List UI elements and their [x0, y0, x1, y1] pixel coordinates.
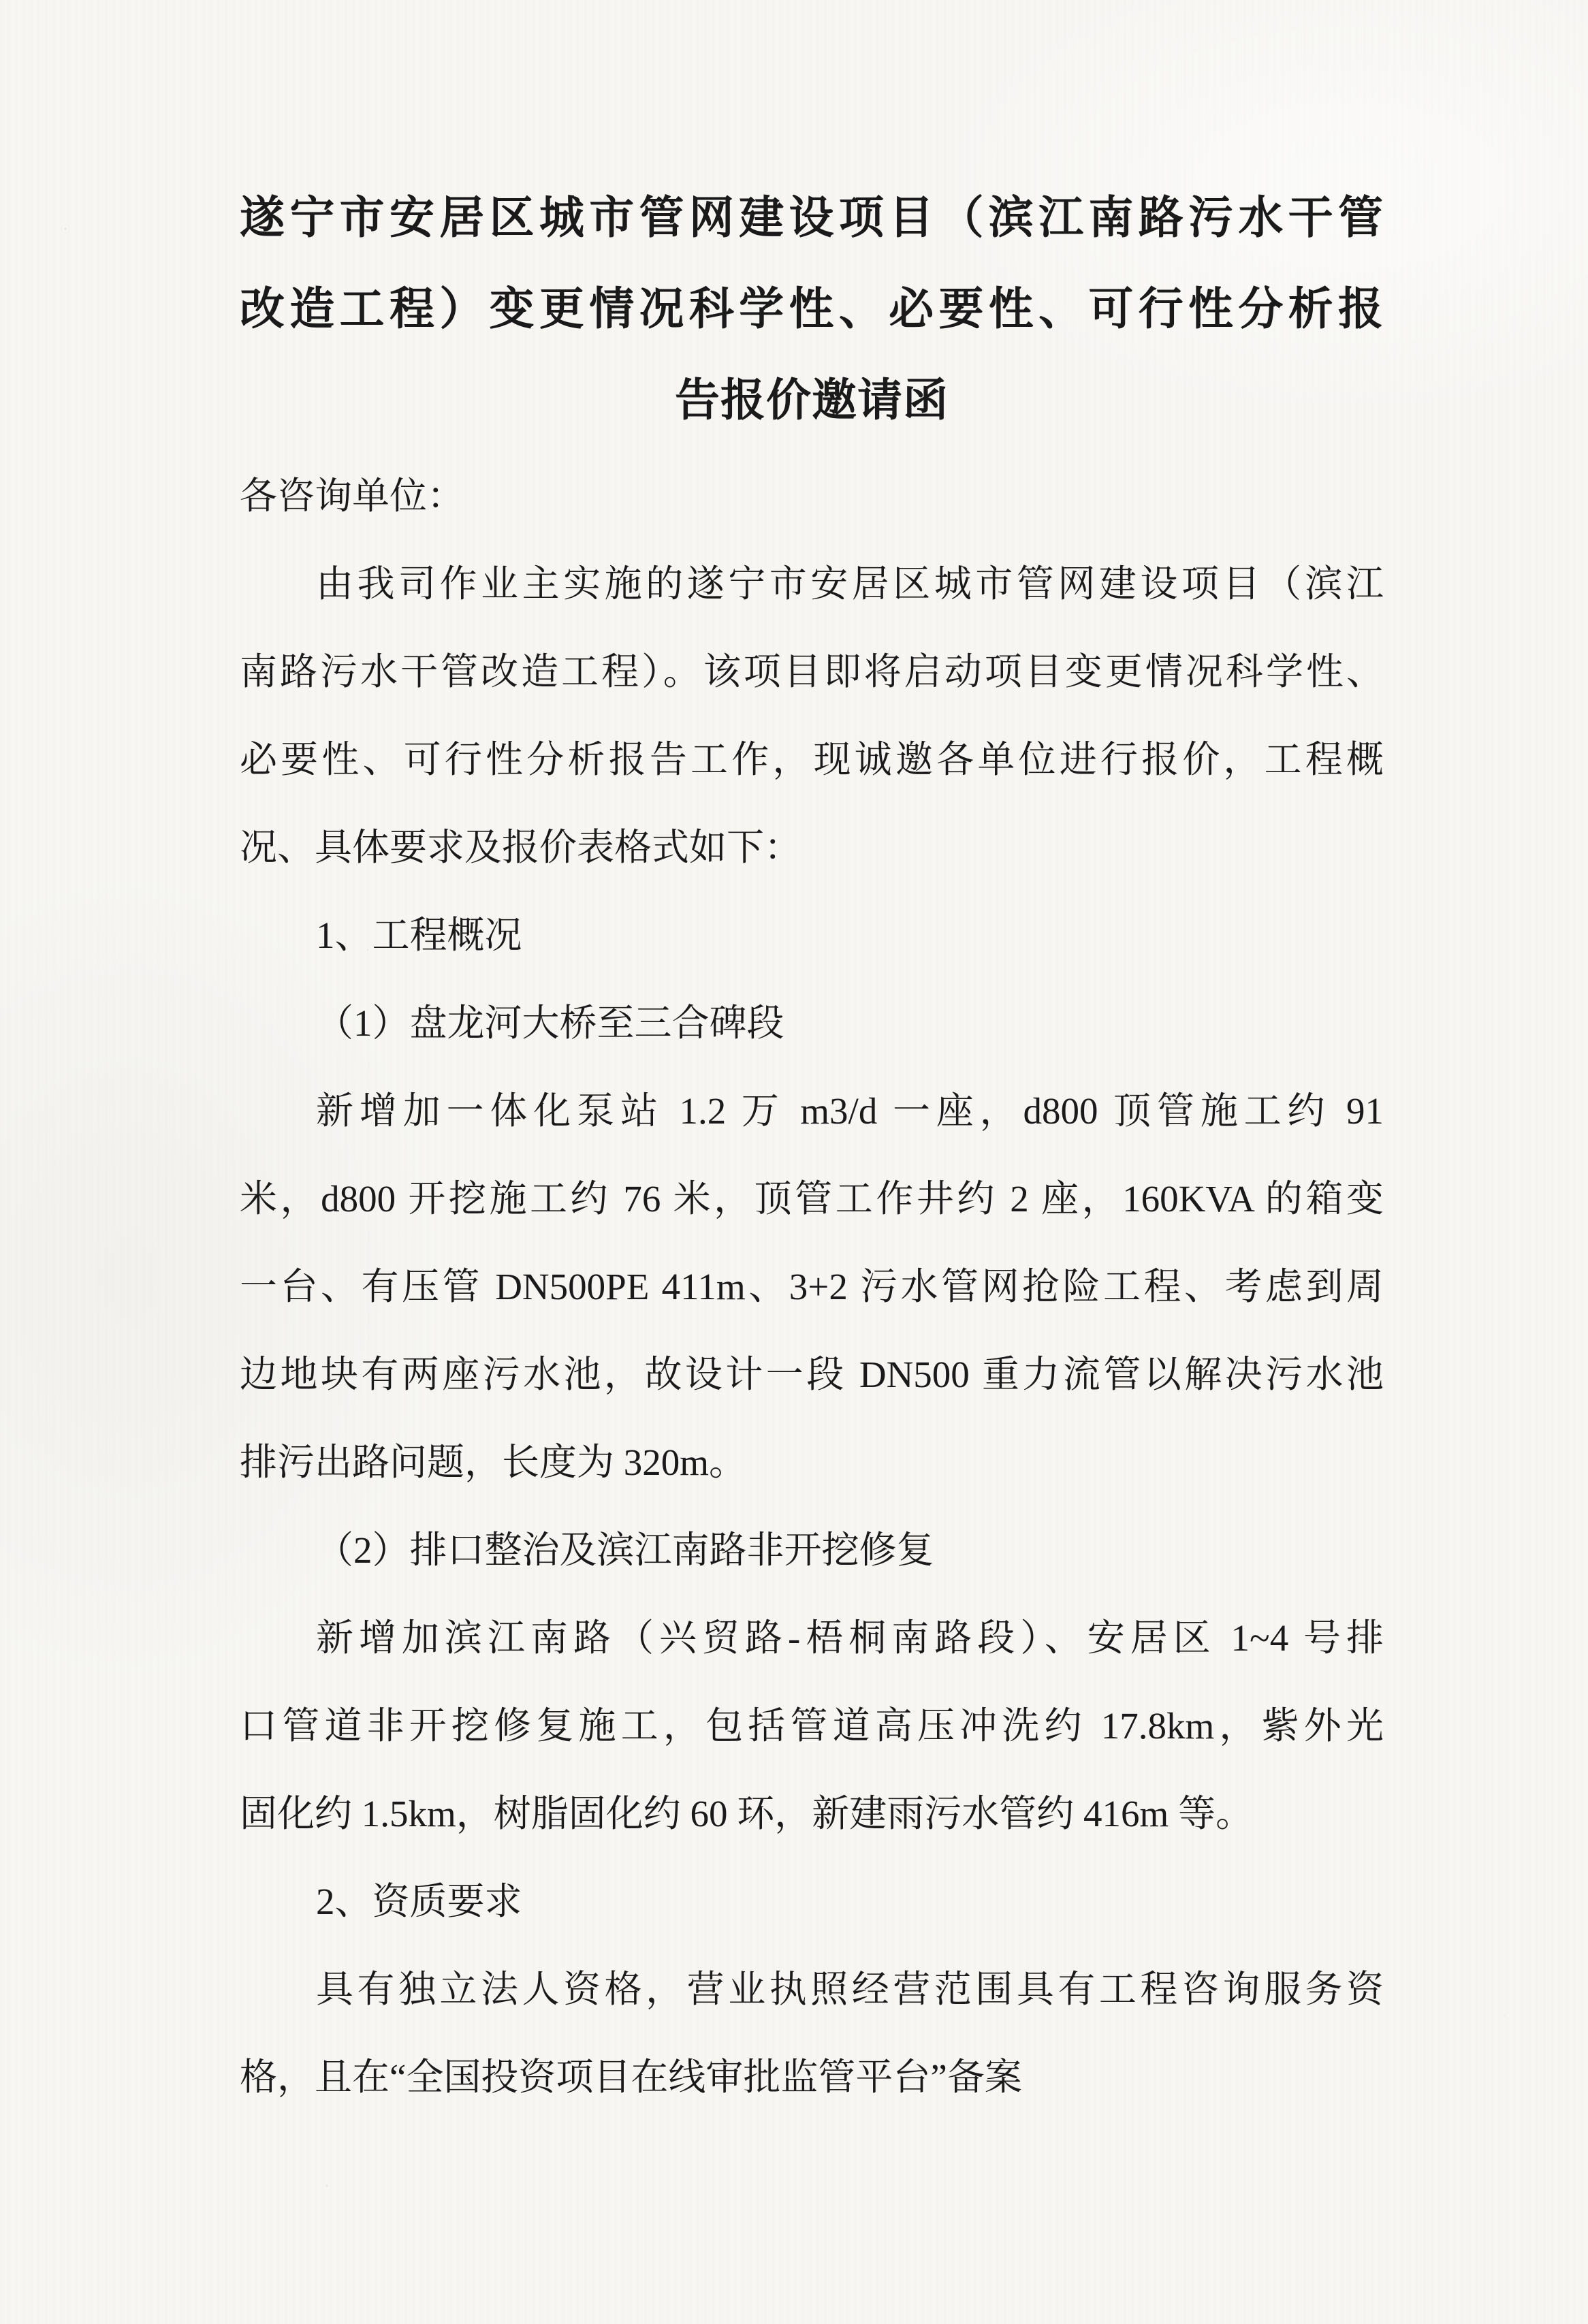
title-line-3: 告报价邀请函	[240, 354, 1384, 445]
section-2-heading: 2、资质要求	[240, 1858, 1384, 1945]
paragraph-2-line-4: 边地块有两座污水池，故设计一段 DN500 重力流管以解决污水池	[240, 1331, 1384, 1418]
section-1-1-heading: （1）盘龙河大桥至三合碑段	[240, 979, 1384, 1067]
paragraph-3-line-3: 固化约 1.5km，树脂固化约 60 环，新建雨污水管约 416m 等。	[240, 1770, 1384, 1858]
paragraph-2-line-5: 排污出路问题，长度为 320m。	[240, 1418, 1384, 1506]
section-1-2-heading: （2）排口整治及滨江南路非开挖修复	[240, 1506, 1384, 1594]
paragraph-2-line-2: 米，d800 开挖施工约 76 米，顶管工作井约 2 座，160KVA 的箱变	[240, 1155, 1384, 1243]
paragraph-4-line-2: 格，且在“全国投资项目在线审批监管平台”备案	[240, 2033, 1384, 2121]
section-1-heading: 1、工程概况	[240, 891, 1384, 979]
paragraph-2-line-1: 新增加一体化泵站 1.2 万 m3/d 一座，d800 顶管施工约 91	[240, 1067, 1384, 1155]
document-page: 遂宁市安居区城市管网建设项目（滨江南路污水干管 改造工程）变更情况科学性、必要性…	[0, 0, 1588, 2324]
paragraph-3-line-1: 新增加滨江南路（兴贸路-梧桐南路段）、安居区 1~4 号排	[240, 1594, 1384, 1682]
paragraph-1-line-1: 由我司作业主实施的遂宁市安居区城市管网建设项目（滨江	[240, 540, 1384, 628]
paragraph-2-line-3: 一台、有压管 DN500PE 411m、3+2 污水管网抢险工程、考虑到周	[240, 1243, 1384, 1331]
document-body: 各咨询单位： 由我司作业主实施的遂宁市安居区城市管网建设项目（滨江 南路污水干管…	[240, 452, 1384, 2121]
salutation-line: 各咨询单位：	[240, 452, 1384, 540]
title-line-1: 遂宁市安居区城市管网建设项目（滨江南路污水干管	[240, 172, 1384, 263]
paragraph-4-line-1: 具有独立法人资格，营业执照经营范围具有工程咨询服务资	[240, 1945, 1384, 2033]
paragraph-1-line-3: 必要性、可行性分析报告工作，现诚邀各单位进行报价，工程概	[240, 716, 1384, 803]
paragraph-1-line-4: 况、具体要求及报价表格式如下：	[240, 803, 1384, 891]
title-line-2: 改造工程）变更情况科学性、必要性、可行性分析报	[240, 263, 1384, 354]
paragraph-1-line-2: 南路污水干管改造工程）。该项目即将启动项目变更情况科学性、	[240, 628, 1384, 716]
paragraph-3-line-2: 口管道非开挖修复施工，包括管道高压冲洗约 17.8km，紫外光	[240, 1682, 1384, 1770]
document-title: 遂宁市安居区城市管网建设项目（滨江南路污水干管 改造工程）变更情况科学性、必要性…	[240, 172, 1384, 445]
